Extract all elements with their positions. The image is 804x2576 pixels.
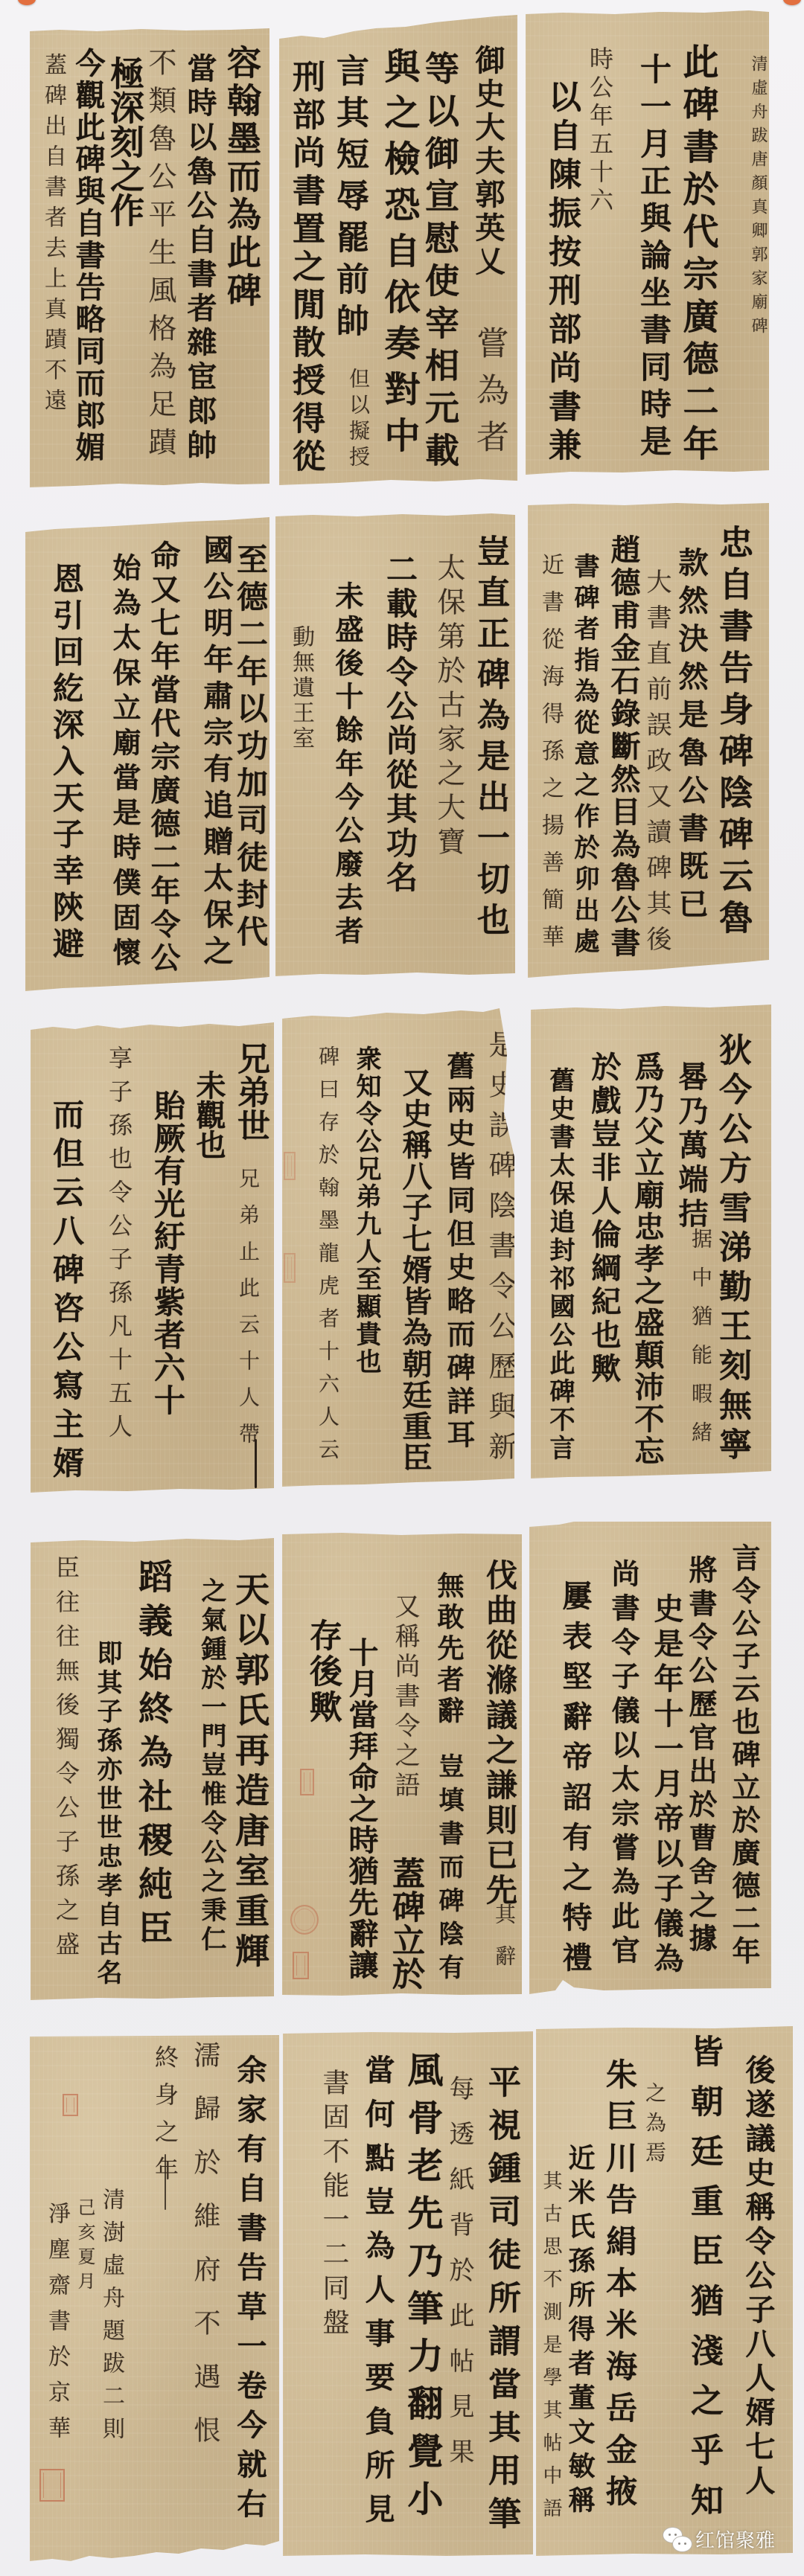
signature-studio: 淨塵齋書於京華 — [45, 2202, 68, 2452]
text-column: 衆知令公兄弟九人至顯貴也 — [354, 1045, 379, 1376]
text-column: 尚書令子儀以太宗嘗為此官 — [609, 1559, 637, 1970]
calligraphy-panel-row3-center: 是史誤碑陰書令公歷與新 舊兩史皆同但史略而碑詳耳 又史稱八子七婿皆為朝廷重臣 衆… — [282, 1008, 514, 1487]
calligraphy-panel-row1-left: 容翰墨而為此碑 當時以魯公自書者雜宦郎帥 不類魯公平生風格為足蹟 極深刻之作 今… — [30, 28, 269, 487]
text-column: 極深刻之作 — [108, 56, 142, 227]
title-column: 清虛舟跋唐顏真卿郭家廟碑 — [750, 55, 766, 341]
seal-stamp — [284, 1253, 296, 1283]
text-column: 臣往往無後獨令公子孫之盛 — [54, 1555, 78, 1966]
text-column: 平視鍾司徒所謂當其用筆 — [485, 2065, 517, 2540]
calligraphy-panel-row1-right: 清虛舟跋唐顏真卿郭家廟碑 此碑書於代宗廣德二年 十一月正與論坐書同時是 時公年五… — [526, 10, 769, 475]
seal-stamp — [284, 1152, 296, 1180]
text-column: 恩引回紇深入天子幸陝避 — [51, 563, 82, 964]
text-column: 十一月正與論坐書同時是 — [638, 53, 669, 462]
text-column: 時公年五十六 — [588, 46, 612, 216]
text-column: 此碑書於代宗廣德二年 — [680, 43, 715, 467]
text-column: 刑部尚書置之閒散授得從 — [289, 60, 322, 477]
text-column: 其辭 — [494, 1903, 514, 1987]
text-column: 近米氏孫所得者董文敏稱 — [567, 2144, 593, 2520]
seal-stamp — [293, 1952, 309, 1979]
text-column: 容翰墨而為此碑 — [225, 45, 259, 310]
text-column: 命又七年當代宗廣德二年令公 — [148, 540, 178, 975]
text-column: 史是年十一月帝以子儀為 — [651, 1593, 681, 1978]
text-column: 大書直前誤政又讀碑其後 — [644, 568, 669, 961]
calligraphy-panel-row2-left: 至德二年以功加司徒封代 國公明年肅宗有追贈太保之 命又七年當代宗廣德二年令公 始… — [25, 517, 269, 991]
text-column: 後遂議史稱令公子八人婿七人 — [743, 2054, 773, 2499]
signature-title: 清澍虛舟題跋二則 — [100, 2188, 122, 2450]
text-column: 屢表堅辭帝詔有之特禮 — [560, 1580, 590, 1982]
text-column: 每透紙背於此帖見果 — [447, 2075, 472, 2484]
calligraphy-panel-row2-center: 豈直正碑為是出一切也 太保第於古家之大寶 二載時令公尚從其功名 未盛後十餘年今公… — [275, 513, 515, 976]
text-column: 十月當拜命之時猶先辭讓 — [346, 1637, 376, 1981]
calligraphy-board: 清虛舟跋唐顏真卿郭家廟碑 此碑書於代宗廣德二年 十一月正與論坐書同時是 時公年五… — [0, 0, 804, 2576]
text-column: 豈填書而碑陰有 — [436, 1753, 462, 1987]
watermark-text: 红馆聚雅 — [695, 2525, 776, 2553]
text-column: 天以郭氏再造唐室重輝 — [233, 1571, 267, 1973]
text-column: 言其短辱罷前帥 — [333, 54, 366, 345]
calligraphy-panel-row3-left: 兄弟世 兄弟止此云十人帶 未觀也 貽厥有光紆青紫者六十 享子孫也令公子孫凡十五人… — [31, 1022, 274, 1493]
text-column: 兄弟止此云十人帶 — [237, 1167, 258, 1459]
ink-stroke — [255, 1439, 257, 1488]
text-column: 等以御宣慰使宰相元載 — [423, 51, 457, 475]
seal-stamp — [300, 1769, 314, 1795]
text-column: 嘗為者 — [473, 326, 505, 467]
text-column: 將書令公歷官出於曹舍之據 — [686, 1555, 715, 1957]
calligraphy-panel-row1-center: 御史大夫郭英乂 嘗為者 等以御宣慰使宰相元載 與之檢恐自依奏對中 言其短辱罷前帥… — [279, 13, 517, 485]
text-column: 蓋碑出自書者去上真蹟不遠 — [42, 53, 64, 419]
text-column: 近書從海得孫之揚善簡華 — [539, 553, 561, 962]
calligraphy-panel-row2-right: 忠自書告身碑陰碑云魯 款然決然是魯公書既已 大書直前誤政又讀碑其後 趙德甫金石錄… — [528, 503, 769, 978]
text-column: 太保第於古家之大寶 — [435, 553, 463, 861]
calligraphy-panel-row3-right: 狄今公方雪涕勤王刻無寧 晷乃萬端拮 据中猶能暇緒 爲乃父立廟忠孝之盛顛沛不忘 於… — [531, 1005, 771, 1478]
text-column: 風骨老先乃筆力翻覺小 — [404, 2051, 440, 2528]
text-column: 以自陳振按刑部尚書兼 — [545, 80, 578, 467]
text-column: 濡歸於維府不遇恨 — [191, 2041, 218, 2470]
wechat-icon — [663, 2527, 692, 2552]
text-column: 余家有自書告草一卷今就右 — [234, 2054, 264, 2528]
text-column: 未觀也 — [194, 1070, 223, 1159]
text-column: 爲乃父立廟忠孝之盛顛沛不忘 — [632, 1051, 662, 1467]
seal-stamp — [63, 2094, 78, 2116]
calligraphy-panel-row5-center: 平視鍾司徒所謂當其用筆 每透紙背於此帖見果 風骨老先乃筆力翻覺小 當何點豈為人事… — [283, 2031, 533, 2556]
text-column: 伐曲從滌議之謙則已先 — [484, 1559, 515, 1909]
text-column: 言令公子云也碑立於廣德二年 — [730, 1543, 758, 1969]
text-column: 蹈義始終為社稷純臣 — [136, 1559, 170, 1954]
text-column: 未盛後十餘年今公廢去者 — [333, 581, 361, 949]
text-column: 趙德甫金石錄斷然目為魯公書 — [608, 534, 638, 960]
text-column: 貽厥有光紆青紫者六十 — [152, 1089, 183, 1417]
text-column: 享子孫也令公子孫凡十五人 — [107, 1045, 131, 1447]
text-column: 書固不能一二同盤 — [320, 2069, 347, 2342]
text-column: 皆朝廷重臣猶淺之乎知 — [687, 2034, 720, 2533]
text-column: 碑曰存於翰墨龍虎者十六人云 — [317, 1045, 338, 1471]
text-column: 二載時令公尚從其功名 — [384, 553, 415, 895]
text-column: 之氣鍾於一門豈惟令公之秉仁 — [199, 1577, 224, 1955]
text-column: 豈直正碑為是出一切也 — [473, 534, 506, 943]
text-column: 其古思不測是學其帖中語 — [541, 2170, 561, 2531]
text-column: 据中猶能暇緒 — [690, 1228, 711, 1460]
text-column: 而但云八碑咨公寫主婿 — [51, 1098, 82, 1485]
text-column: 之為焉 — [644, 2082, 665, 2171]
text-column: 又史稱八子七婿皆為朝廷重臣 — [400, 1067, 430, 1473]
text-column: 款然決然是魯公書既已 — [676, 547, 706, 926]
text-column: 舊兩史皆同但史略而碑詳耳 — [444, 1051, 473, 1453]
text-column: 今觀此碑與自書告略同而郎媚 — [73, 48, 103, 464]
text-column: 國公明年肅宗有追贈太保之 — [201, 534, 231, 972]
calligraphy-panel-row4-right: 言令公子云也碑立於廣德二年 將書令公歷官出於曹舍之據 史是年十一月帝以子儀為 尚… — [529, 1522, 771, 1994]
text-column: 即其子孫亦世世忠孝自古名 — [95, 1640, 120, 1988]
calligraphy-panel-row5-right: 後遂議史稱令公子八人婿七人 皆朝廷重臣猶淺之乎知 之為焉 朱巨川告絹本米海岳金掖… — [536, 2026, 793, 2556]
text-column: 存後歟 — [306, 1618, 339, 1726]
text-column: 忠自書告身碑陰碑云魯 — [717, 525, 751, 941]
text-column: 但以擬授 — [348, 368, 368, 472]
text-column: 狄今公方雪涕勤王刻無寧 — [715, 1033, 748, 1467]
text-column: 晷乃萬端拮 — [676, 1061, 706, 1232]
seal-stamp-round — [290, 1905, 319, 1935]
watermark: 红馆聚雅 — [663, 2525, 776, 2553]
text-column: 不類魯公平生風格為足蹟 — [146, 48, 174, 465]
text-column: 御史大夫郭英乂 — [473, 45, 502, 279]
text-column: 舊史書太保追封祁國公此碑不言 — [547, 1067, 572, 1463]
pushpin-right — [783, 0, 801, 5]
signature-date: 己亥夏月 — [76, 2198, 94, 2296]
text-column: 是史誤碑陰書令公歷與新 — [486, 1030, 514, 1472]
text-column: 動無遺王室 — [290, 625, 312, 752]
text-column: 又稱尚書令之語 — [392, 1593, 418, 1801]
calligraphy-panel-row4-center: 伐曲從滌議之謙則已先 其辭 無敢先者辭 豈填書而碑陰有 又稱尚書令之語 蓋碑立於… — [282, 1533, 522, 1996]
text-column: 始為太保立廟當是時僕固懷 — [110, 553, 138, 973]
ink-stroke — [165, 2154, 166, 2210]
text-column: 於戲豈非人倫綱紀也歟 — [589, 1051, 619, 1386]
text-column: 兄弟世 — [234, 1042, 267, 1142]
pushpin-left — [18, 0, 36, 5]
text-column: 蓋碑立於 — [389, 1856, 421, 1990]
text-column: 與之檢恐自依奏對中 — [381, 48, 417, 463]
seal-stamp — [39, 2469, 65, 2502]
text-column: 無敢先者辭 — [435, 1571, 462, 1728]
text-column: 書碑者指為從意之作於卯出處 — [572, 553, 597, 959]
text-column: 至德二年以功加司徒封代 — [234, 543, 266, 952]
text-column: 朱巨川告絹本米海岳金掖 — [604, 2058, 635, 2516]
text-column: 當時以魯公自書者雜宦郎帥 — [185, 53, 214, 464]
text-column: 當何點豈為人事要負所見 — [363, 2054, 392, 2537]
calligraphy-panel-row4-left: 天以郭氏再造唐室重輝 之氣鍾於一門豈惟令公之秉仁 蹈義始終為社稷純臣 即其子孫亦… — [31, 1538, 274, 2000]
